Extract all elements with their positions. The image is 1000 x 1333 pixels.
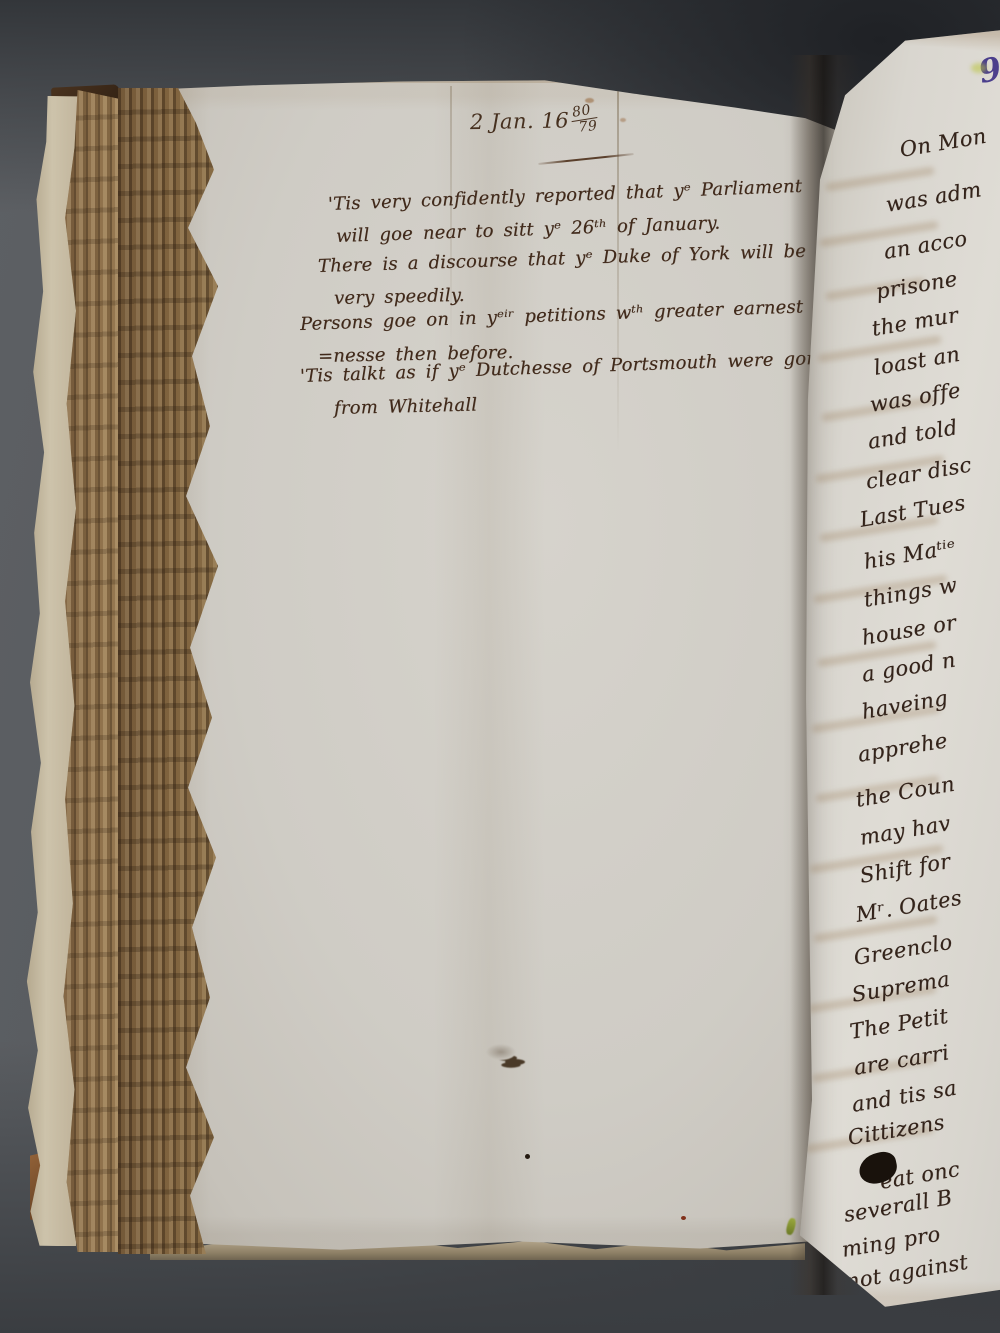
right-page-line-fragment: was adm bbox=[884, 177, 983, 217]
manuscript-line: very speedily. bbox=[334, 285, 465, 309]
right-page-line-fragment: Cittizens bbox=[846, 1110, 946, 1150]
right-page-line-fragment: the mur bbox=[870, 303, 960, 341]
date-year-under: 79 bbox=[578, 119, 598, 135]
manuscript-line: will goe near to sitt yᵉ 26ᵗʰ of January… bbox=[336, 213, 721, 247]
manuscript-line: 'Tis very confidently reported that yᵉ P… bbox=[328, 176, 803, 215]
date-text: 2 Jan. 16 bbox=[470, 108, 569, 134]
foxing-spot bbox=[620, 118, 626, 122]
right-page-line-fragment: the Coun bbox=[854, 772, 957, 812]
left-page: 2 Jan. 168079 'Tis very confidently repo… bbox=[140, 78, 838, 1258]
right-page-line-fragment: his Maᵗⁱᵉ bbox=[862, 535, 958, 574]
photograph-backdrop: { "colors": { "backdrop_gray": "#53565a"… bbox=[0, 0, 1000, 1333]
right-page-line-fragment: apprehe bbox=[856, 728, 949, 767]
date-year-fraction: 8079 bbox=[570, 104, 598, 135]
date-heading: 2 Jan. 168079 bbox=[470, 105, 597, 136]
manuscript-line: from Whitehall bbox=[334, 395, 478, 419]
right-page-line-fragment: The Petit bbox=[848, 1004, 950, 1044]
right-page-line-fragment: are carri bbox=[852, 1040, 951, 1080]
page-crease bbox=[450, 86, 452, 346]
right-page-line-fragment: severall B bbox=[842, 1185, 954, 1227]
right-page: On Monwas adman accoprisonethe murloast … bbox=[795, 25, 1000, 1325]
right-page-line-fragment: Suprema bbox=[850, 967, 952, 1007]
yellow-smudge bbox=[971, 63, 987, 73]
right-page-line-fragment: may hav bbox=[858, 811, 952, 850]
right-page-line-fragment: was offe bbox=[868, 378, 962, 417]
right-page-line-fragment: On Mon bbox=[898, 124, 988, 162]
red-speck bbox=[681, 1216, 686, 1220]
right-page-line-fragment: things w bbox=[862, 573, 959, 612]
ink-smudge bbox=[486, 1044, 516, 1060]
date-underline-flourish bbox=[538, 153, 634, 165]
right-page-line-fragment: Greenclo bbox=[852, 930, 954, 970]
page-crease bbox=[617, 84, 619, 454]
dark-speck bbox=[525, 1154, 530, 1159]
right-page-line-fragment: and told bbox=[866, 415, 959, 454]
right-page-line-fragment: prisone bbox=[874, 267, 959, 304]
